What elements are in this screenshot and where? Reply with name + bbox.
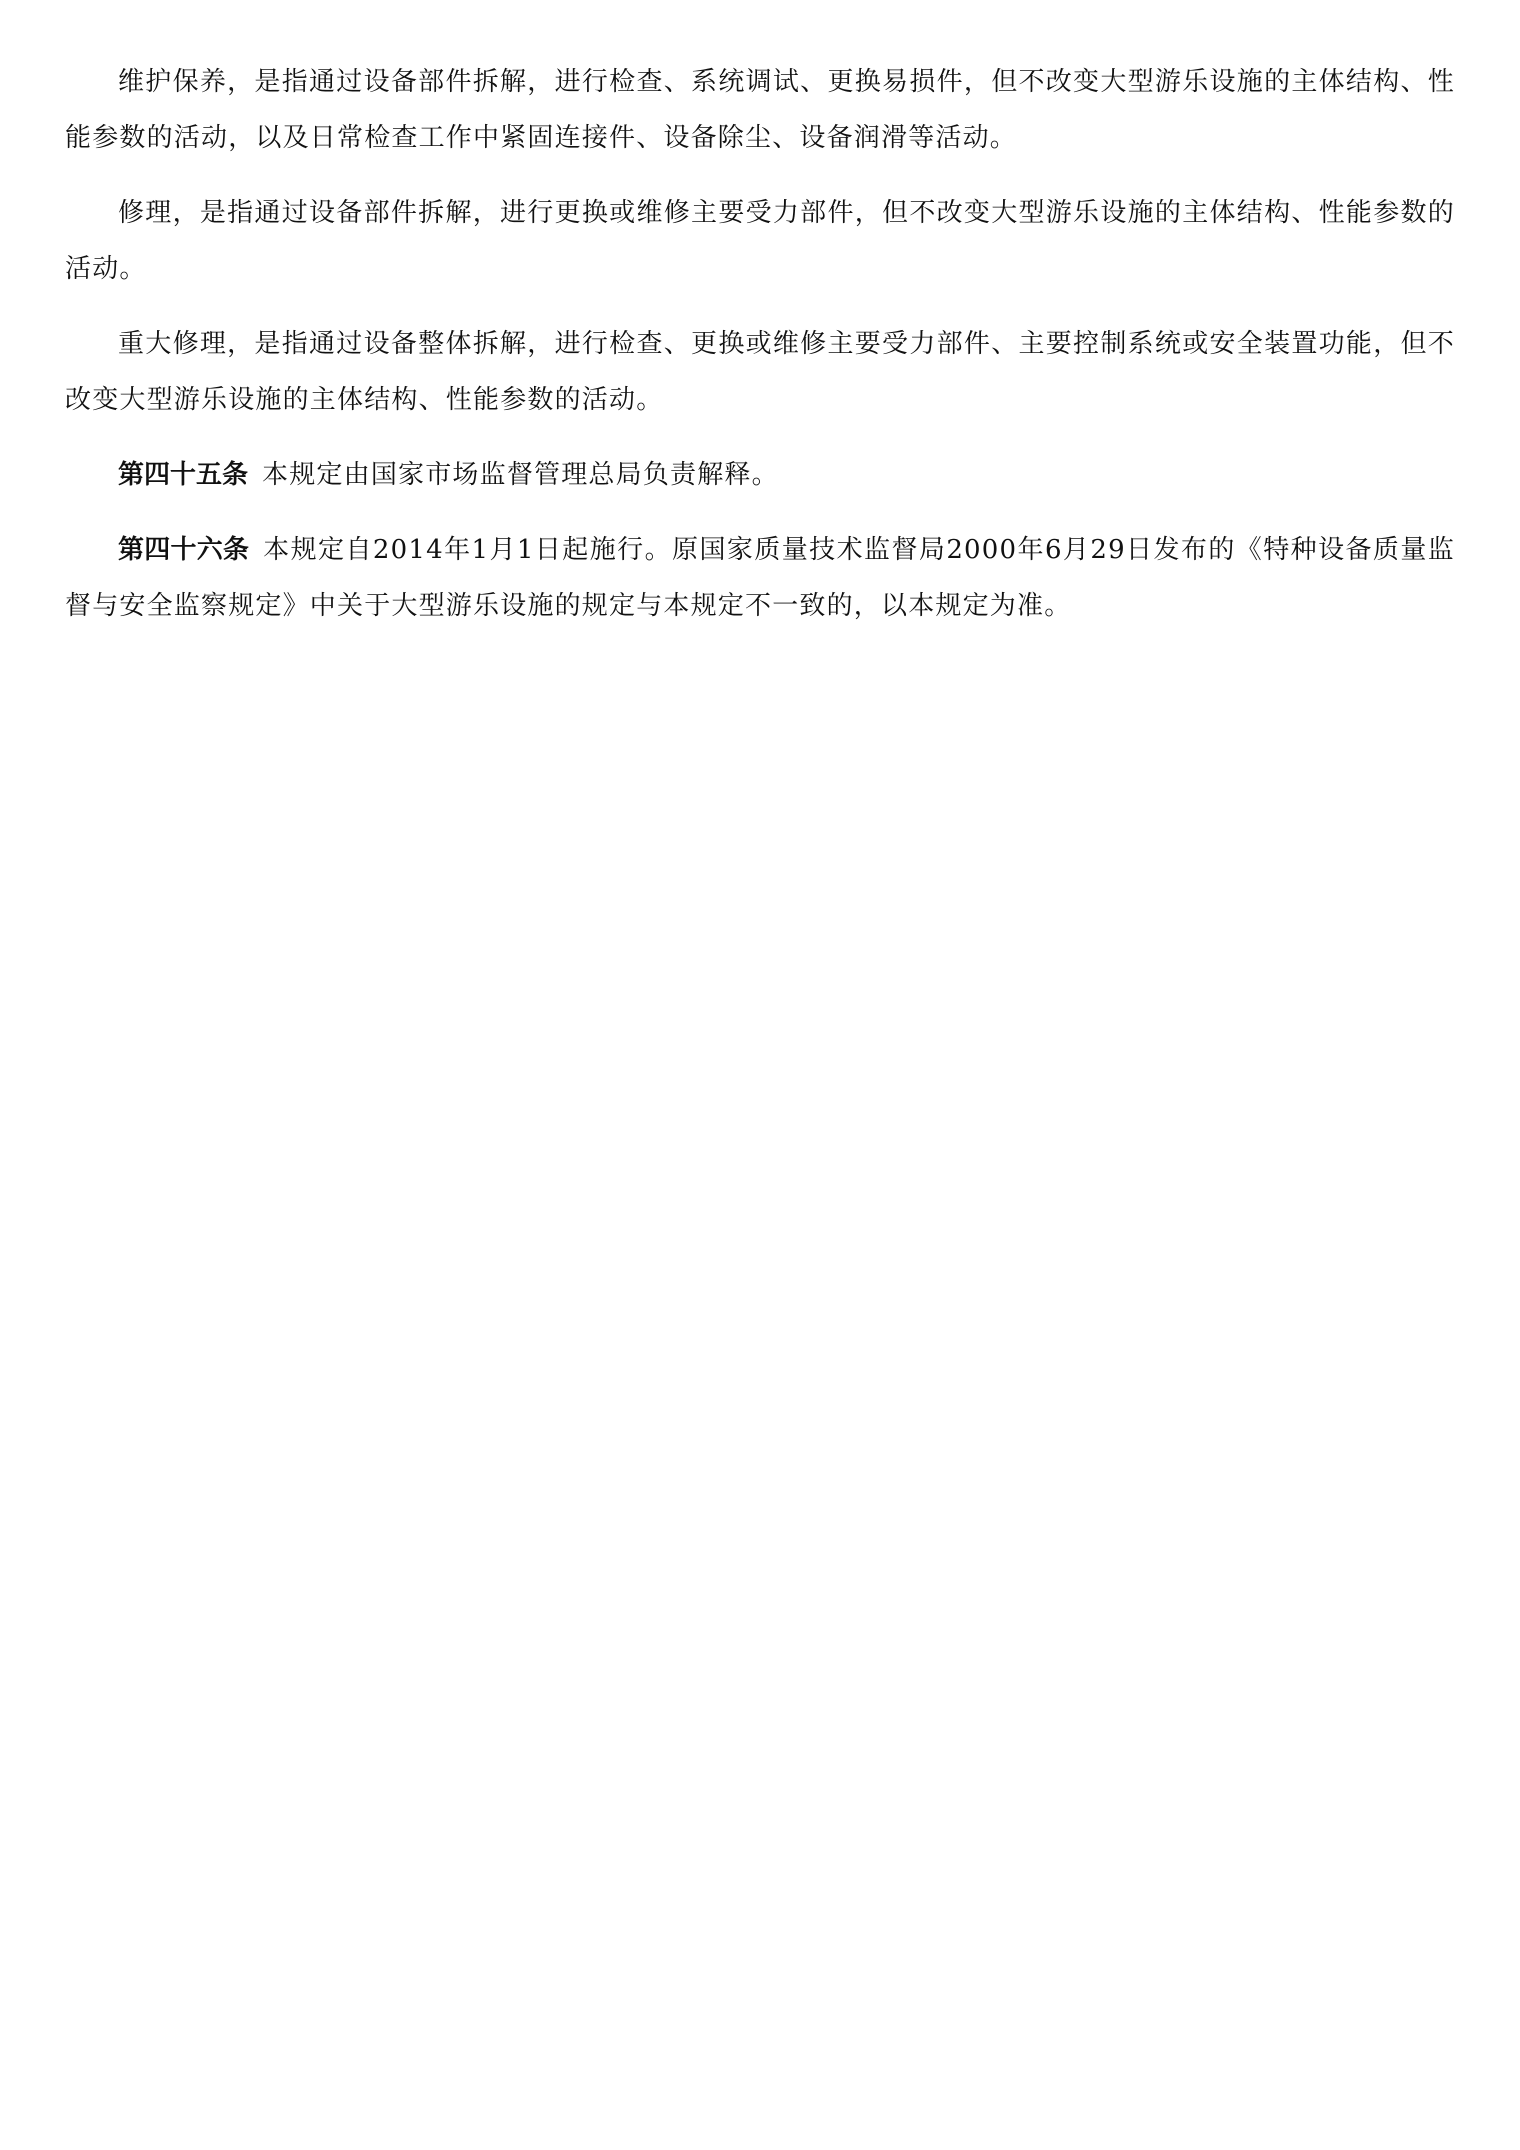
- document-page: 维护保养，是指通过设备部件拆解，进行检查、系统调试、更换易损件，但不改变大型游乐…: [65, 54, 1455, 653]
- article-number: 第四十五条: [118, 460, 248, 490]
- paragraph-text: 维护保养，是指通过设备部件拆解，进行检查、系统调试、更换易损件，但不改变大型游乐…: [65, 67, 1455, 153]
- paragraph-text: 修理，是指通过设备部件拆解，进行更换或维修主要受力部件，但不改变大型游乐设施的主…: [65, 198, 1455, 284]
- paragraph-text: 本规定由国家市场监督管理总局负责解释。: [262, 460, 779, 490]
- paragraph-repair-definition: 修理，是指通过设备部件拆解，进行更换或维修主要受力部件，但不改变大型游乐设施的主…: [65, 185, 1455, 297]
- paragraph-major-repair-definition: 重大修理，是指通过设备整体拆解，进行检查、更换或维修主要受力部件、主要控制系统或…: [65, 316, 1455, 428]
- paragraph-maintenance-definition: 维护保养，是指通过设备部件拆解，进行检查、系统调试、更换易损件，但不改变大型游乐…: [65, 54, 1455, 166]
- paragraph-text: 本规定自2014年1月1日起施行。原国家质量技术监督局2000年6月29日发布的…: [65, 535, 1455, 621]
- article-number: 第四十六条: [118, 535, 249, 565]
- article-45: 第四十五条本规定由国家市场监督管理总局负责解释。: [65, 447, 1455, 503]
- article-46: 第四十六条本规定自2014年1月1日起施行。原国家质量技术监督局2000年6月2…: [65, 522, 1455, 634]
- paragraph-text: 重大修理，是指通过设备整体拆解，进行检查、更换或维修主要受力部件、主要控制系统或…: [65, 329, 1455, 415]
